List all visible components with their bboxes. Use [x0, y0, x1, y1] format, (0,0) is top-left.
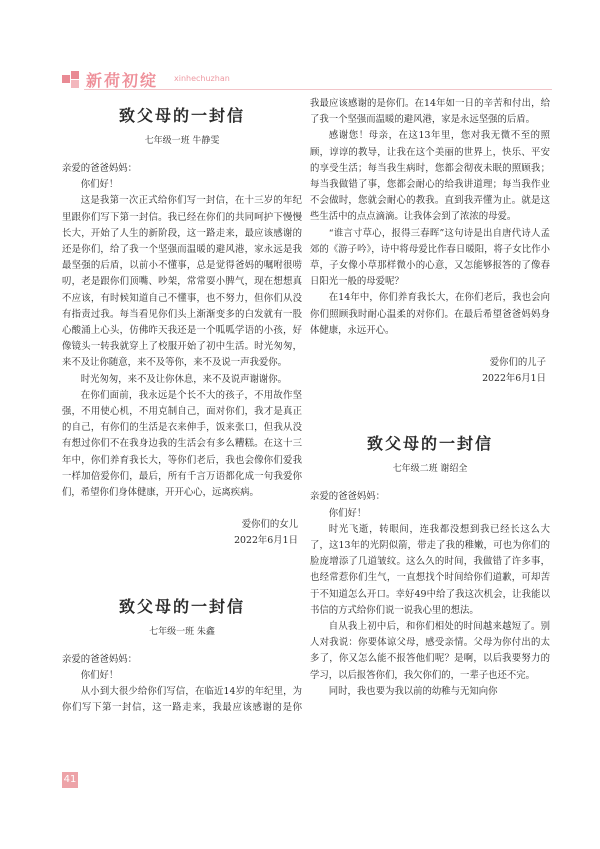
letter-paragraph: “谁言寸草心，报得三春晖”这句诗是出自唐代诗人孟郊的《游子吟》，诗中将母爱比作春… — [310, 226, 550, 291]
letter-paragraph: 你们好！ — [62, 668, 302, 684]
letter-date: 2022年6月1日 — [62, 533, 302, 549]
letter-paragraph: 你们好！ — [310, 506, 550, 522]
section-title: 新荷初绽 — [86, 68, 158, 91]
page-number: 41 — [62, 772, 78, 788]
letter-paragraph-continued: 我最应该感谢的是你们。在14年如一日的辛苦和付出，给了我一个坚强而温暖的避风港，… — [310, 96, 550, 128]
letter-2: 致父母的一封信 七年级一班 朱鑫 亲爱的爸爸妈妈： 你们好！ 从小到大很少给你们… — [62, 594, 302, 716]
letter-signature: 爱你们的女儿 — [62, 517, 302, 533]
logo-icon — [62, 71, 80, 89]
letter-paragraph: 从小到大很少给你们写信，在临近14岁的年纪里，为你们写下第一封信，这一路走来，我… — [62, 684, 302, 716]
letter-paragraph: 时光飞逝，转眼间，连我都没想到我已经长这么大了，这13年的光阴似箭，带走了我的稚… — [310, 522, 550, 619]
letter-date: 2022年6月1日 — [310, 371, 550, 387]
magazine-header: 新荷初绽 xinhechuzhan — [62, 68, 552, 90]
letter-salutation: 亲爱的爸爸妈妈： — [310, 489, 550, 505]
letter-byline: 七年级一班 朱鑫 — [62, 624, 302, 642]
letter-paragraph: 同时，我也要为我以前的幼稚与无知向你 — [310, 684, 550, 700]
letter-byline: 七年级一班 牛静雯 — [62, 133, 302, 151]
letter-paragraph: 在你们面前，我永远是个长不大的孩子，不用故作坚强，不用使心机，不用克制自己，面对… — [62, 388, 302, 501]
letter-title: 致父母的一封信 — [62, 103, 302, 129]
letter-signature: 爱你们的儿子 — [310, 355, 550, 371]
letter-paragraph: 你们好！ — [62, 177, 302, 193]
letter-title: 致父母的一封信 — [62, 594, 302, 620]
letter-paragraph: 在14年中，你们养育我长大，在你们老后，我也会向你们照顾我时耐心温柔的对你们。在… — [310, 290, 550, 339]
letter-title: 致父母的一封信 — [310, 431, 550, 457]
letter-paragraph: 这是我第一次正式给你们写一封信，在十三岁的年纪里跟你们写下第一封信。我已经在你们… — [62, 193, 302, 371]
letter-paragraph: 时光匆匆，来不及让你休息，来不及说声谢谢你。 — [62, 372, 302, 388]
letter-3: 致父母的一封信 七年级二班 谢绍全 亲爱的爸爸妈妈： 你们好！ 时光飞逝，转眼间… — [310, 431, 550, 700]
letter-byline: 七年级二班 谢绍全 — [310, 461, 550, 479]
section-subtitle: xinhechuzhan — [174, 74, 230, 83]
letter-paragraph: 自从我上初中后，和你们相处的时间越来越短了。别人对我说：你要体谅父母，感受亲情。… — [310, 619, 550, 684]
right-column: 我最应该感谢的是你们。在14年如一日的辛苦和付出，给了我一个坚强而温暖的避风港，… — [310, 96, 550, 700]
letter-salutation: 亲爱的爸爸妈妈： — [62, 652, 302, 668]
letter-paragraph: 感谢您！母亲，在这13年里，您对我无微不至的照顾，谆谆的教导，让我在这个美丽的世… — [310, 128, 550, 225]
letter-salutation: 亲爱的爸爸妈妈： — [62, 161, 302, 177]
left-column: 致父母的一封信 七年级一班 牛静雯 亲爱的爸爸妈妈： 你们好！ 这是我第一次正式… — [62, 103, 302, 716]
letter-2-continued: 我最应该感谢的是你们。在14年如一日的辛苦和付出，给了我一个坚强而温暖的避风港，… — [310, 96, 550, 387]
letter-1: 致父母的一封信 七年级一班 牛静雯 亲爱的爸爸妈妈： 你们好！ 这是我第一次正式… — [62, 103, 302, 550]
header-divider — [84, 89, 552, 90]
